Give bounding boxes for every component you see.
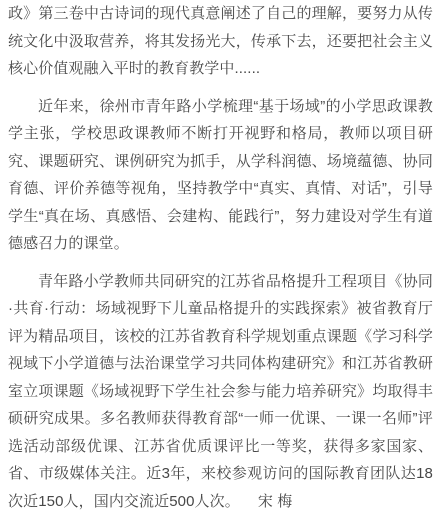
- paragraph: 近年来，徐州市青年路小学梳理“基于场域”的小学思政课教学主张，学校思政课教师不断…: [8, 93, 433, 258]
- paragraph-text: 政》第三卷中古诗词的现代真意阐述了自己的理解，要努力从传统文化中汲取营养，将其发…: [8, 5, 433, 77]
- author-signature: 宋 梅: [258, 493, 292, 510]
- paragraph-text: 近年来，徐州市青年路小学梳理“基于场域”的小学思政课教学主张，学校思政课教师不断…: [8, 98, 433, 253]
- paragraph-continuation: 政》第三卷中古诗词的现代真意阐述了自己的理解，要努力从传统文化中汲取营养，将其发…: [8, 0, 433, 83]
- paragraph-text: 青年路小学教师共同研究的江苏省品格提升工程项目《协同·共育·行动：场域视野下儿童…: [8, 273, 433, 510]
- paragraph: 青年路小学教师共同研究的江苏省品格提升工程项目《协同·共育·行动：场域视野下儿童…: [8, 268, 433, 516]
- article-page: 政》第三卷中古诗词的现代真意阐述了自己的理解，要努力从传统文化中汲取营养，将其发…: [0, 0, 441, 521]
